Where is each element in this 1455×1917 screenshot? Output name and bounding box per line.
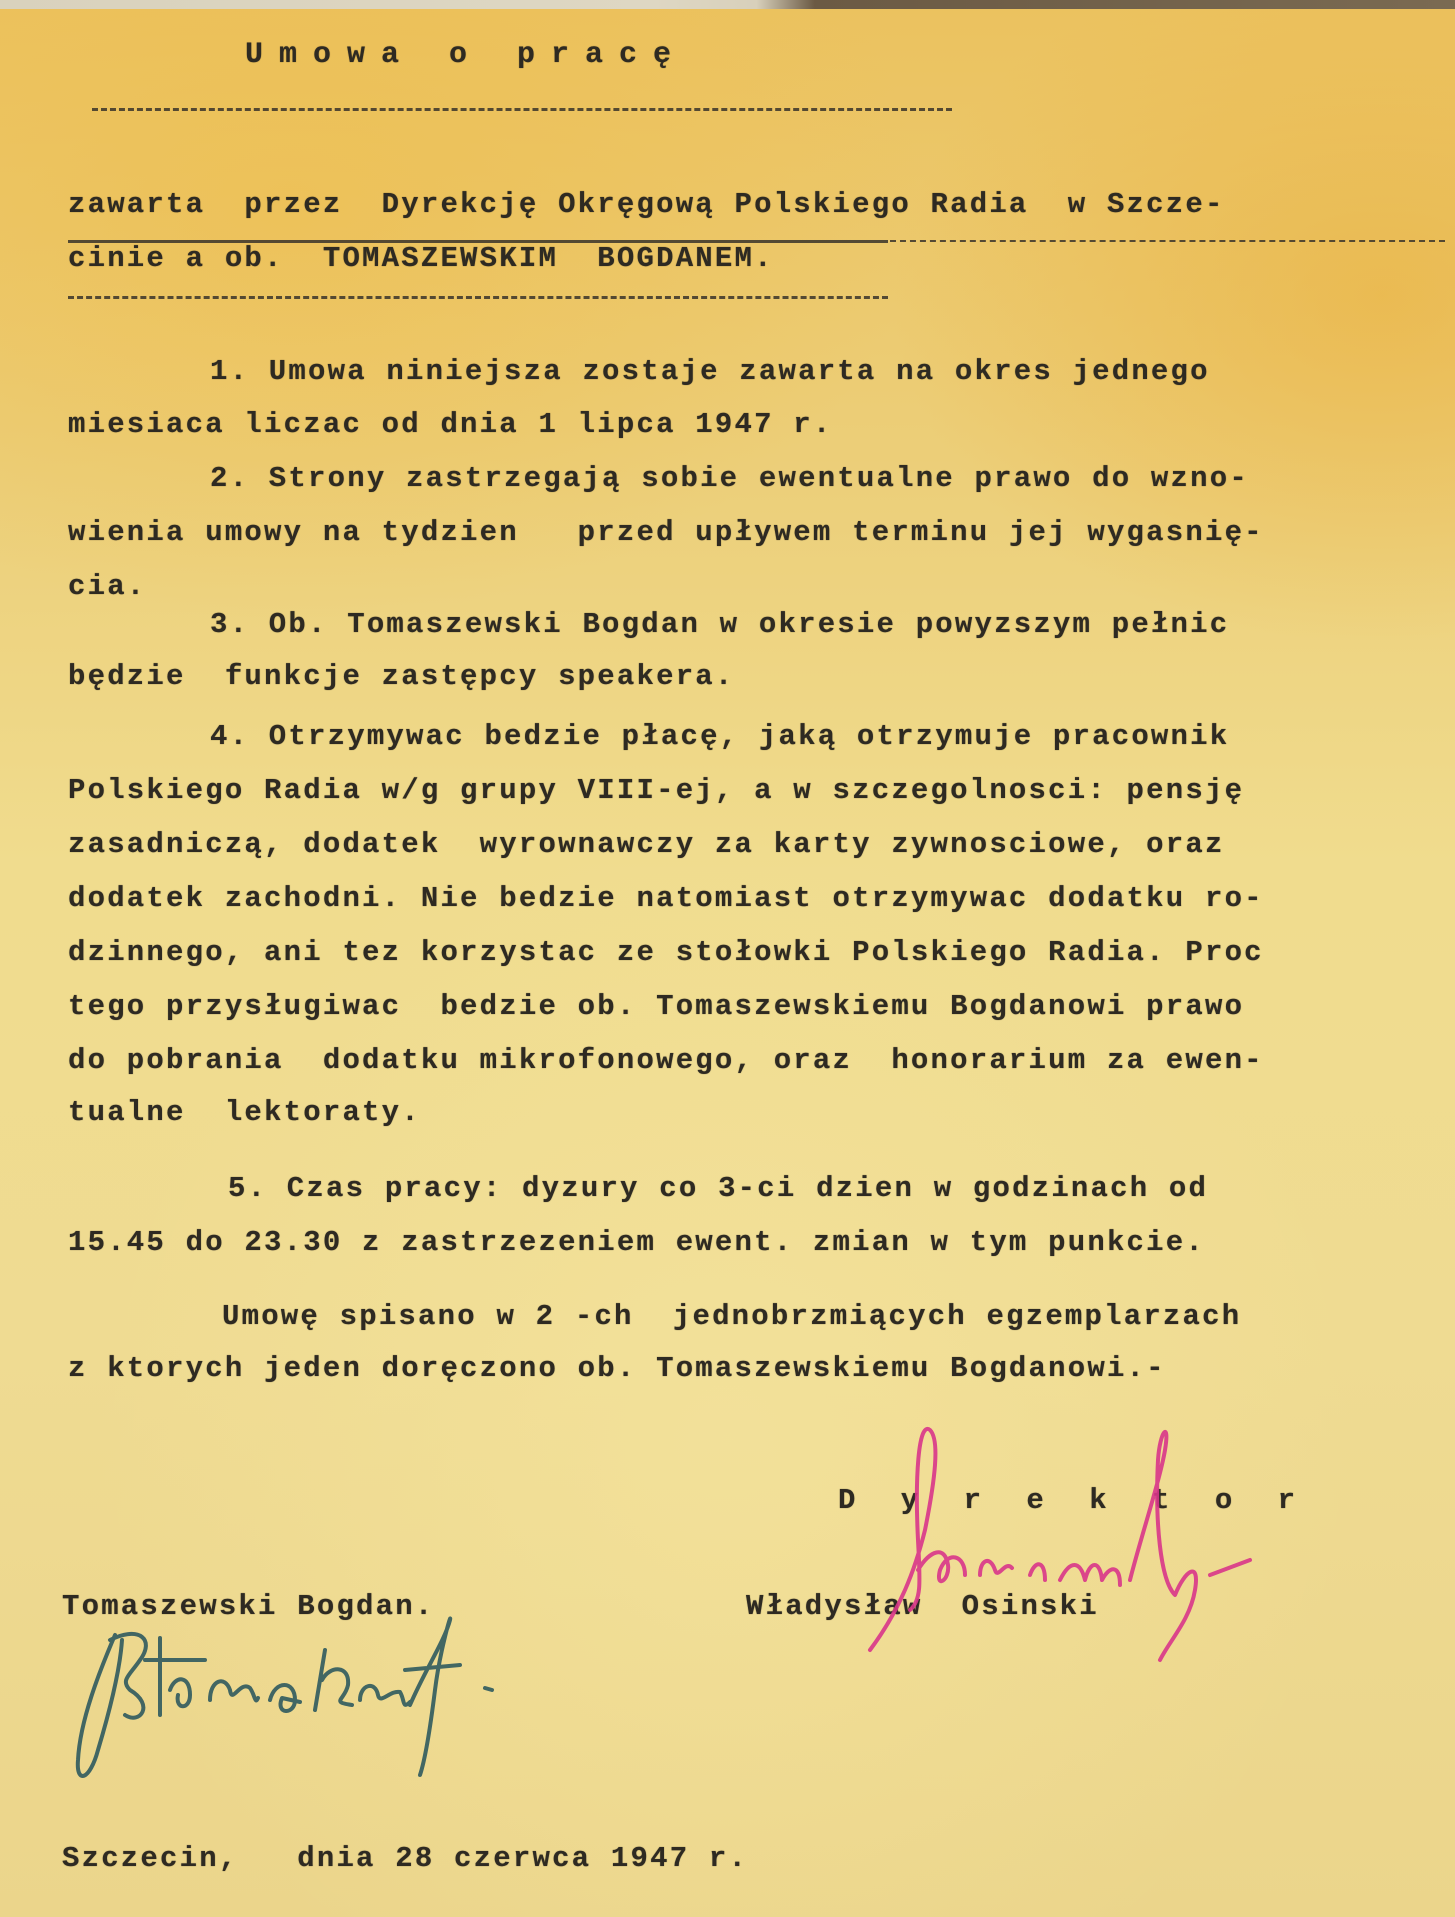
clause-2-line-2: wienia umowy na tydzien przed upływem te… (68, 516, 1264, 549)
clause-1-line-2: miesiaca liczac od dnia 1 lipca 1947 r. (68, 408, 833, 441)
preamble-rule-2 (68, 296, 888, 299)
clause-4-line-8: tualne lektoraty. (68, 1096, 421, 1129)
preamble-rule-1-dashed (890, 240, 1445, 242)
clause-4-line-3: zasadniczą, dodatek wyrownawczy za karty… (68, 828, 1225, 861)
closing-line-1: Umowę spisano w 2 -ch jednobrzmiących eg… (222, 1300, 1241, 1333)
preamble-line-1: zawarta przez Dyrekcję Okręgową Polskieg… (68, 188, 1225, 221)
clause-4-line-2: Polskiego Radia w/g grupy VIII-ej, a w s… (68, 774, 1244, 807)
clause-3-line-1: 3. Ob. Tomaszewski Bogdan w okresie powy… (210, 608, 1229, 641)
clause-5-line-2: 15.45 do 23.30 z zastrzezeniem ewent. zm… (68, 1226, 1205, 1259)
preamble-line-2: cinie a ob. TOMASZEWSKIM BOGDANEM. (68, 242, 774, 275)
director-signature-icon (830, 1420, 1350, 1680)
clause-4-line-4: dodatek zachodni. Nie bedzie natomiast o… (68, 882, 1264, 915)
employee-signature-icon (60, 1610, 590, 1790)
place-and-date: Szczecin, dnia 28 czerwca 1947 r. (62, 1842, 748, 1875)
clause-4-line-5: dzinnego, ani tez korzystac ze stołowki … (68, 936, 1264, 969)
document-title: Umowa o pracę (245, 38, 687, 72)
clause-1-line-1: 1. Umowa niniejsza zostaje zawarta na ok… (210, 355, 1210, 388)
clause-2-line-1: 2. Strony zastrzegają sobie ewentualne p… (210, 462, 1249, 495)
clause-4-line-7: do pobrania dodatku mikrofonowego, oraz … (68, 1044, 1264, 1077)
title-underline (92, 108, 952, 111)
closing-line-2: z ktorych jeden doręczono ob. Tomaszewsk… (68, 1352, 1166, 1385)
clause-2-line-3: cia. (68, 570, 146, 603)
scan-top-edge (0, 0, 1455, 9)
clause-5-line-1: 5. Czas pracy: dyzury co 3-ci dzien w go… (228, 1172, 1208, 1205)
clause-3-line-2: będzie funkcje zastępcy speakera. (68, 660, 735, 693)
clause-4-line-1: 4. Otrzymywac bedzie płacę, jaką otrzymu… (210, 720, 1229, 753)
clause-4-line-6: tego przysługiwac bedzie ob. Tomaszewski… (68, 990, 1244, 1023)
